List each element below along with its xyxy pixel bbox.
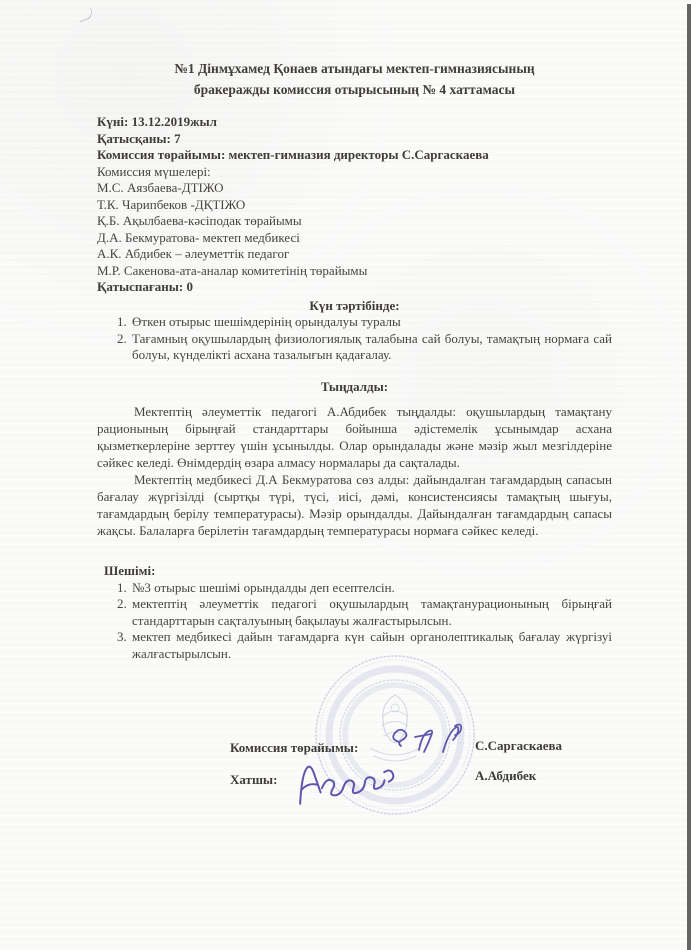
heard-section: Тыңдалды: Мектептің әлеуметтік педагогі … xyxy=(97,379,612,540)
agenda-list: Өткен отырыс шешімдерінің орындалуы тура… xyxy=(97,314,612,364)
signature-area: Комиссия төрайымы: С.Саргаскаева Хатшы: … xyxy=(97,672,612,902)
title-line-2: бракеражды комиссия отырысының № 4 хатта… xyxy=(97,79,612,100)
chair-name: С.Саргаскаева xyxy=(475,738,562,755)
heard-paragraph: Мектептің медбикесі Д.А Бекмуратова сөз … xyxy=(97,471,612,539)
member-item: Т.К. Чарипбеков -ДҚТІЖО xyxy=(97,197,612,214)
agenda-item: Өткен отырыс шешімдерінің орындалуы тура… xyxy=(130,314,612,331)
document-title: №1 Дінмұхамед Қонаев атындағы мектеп-гим… xyxy=(97,58,612,100)
scanned-document-page: №1 Дінмұхамед Қонаев атындағы мектеп-гим… xyxy=(0,0,691,950)
member-item: А.К. Абдибек – әлеуметтік педагог xyxy=(97,246,612,263)
stray-pen-mark xyxy=(77,8,94,22)
title-line-1: №1 Дінмұхамед Қонаев атындағы мектеп-гим… xyxy=(97,58,612,79)
member-item: М.Р. Сакенова-ата-аналар комитетінің төр… xyxy=(97,263,612,280)
commission-chair: Комиссия төрайымы: мектеп-гимназия дирек… xyxy=(97,147,612,164)
absent-count: Қатыспағаны: 0 xyxy=(97,279,612,296)
member-item: Д.А. Бекмуратова- мектеп медбикесі xyxy=(97,230,612,247)
decision-item: мектептің әлеуметтік педагогі оқушыларды… xyxy=(130,596,612,629)
members-label: Комиссия мүшелері: xyxy=(97,164,612,181)
scan-border-artifact xyxy=(687,4,691,950)
attended-count: Қатысқаны: 7 xyxy=(97,131,612,148)
agenda-item: Тағамның оқушылардың физиологиялық талаб… xyxy=(130,331,612,364)
agenda-heading: Күн тәртібінде: xyxy=(97,298,612,315)
agenda-section: Күн тәртібінде: Өткен отырыс шешімдеріні… xyxy=(97,298,612,364)
secretary-signature-label: Хатшы: xyxy=(230,772,277,789)
decision-heading: Шешімі: xyxy=(104,563,612,580)
decision-section: Шешімі: №3 отырыс шешімі орындалды деп е… xyxy=(97,563,612,662)
heard-heading: Тыңдалды: xyxy=(97,379,612,396)
member-item: М.С. Аязбаева-ДТІЖО xyxy=(97,180,612,197)
decision-item: №3 отырыс шешімі орындалды деп есептелсі… xyxy=(130,580,612,597)
meeting-date: Күні: 13.12.2019жыл xyxy=(97,114,612,131)
meta-block: Күні: 13.12.2019жыл Қатысқаны: 7 Комисси… xyxy=(97,114,612,296)
heard-body: Мектептің әлеуметтік педагогі А.Абдибек … xyxy=(97,403,612,539)
secretary-name: А.Абдибек xyxy=(475,768,536,785)
heard-paragraph: Мектептің әлеуметтік педагогі А.Абдибек … xyxy=(97,403,612,471)
member-item: Қ.Б. Ақылбаева-кәсіподак төрайымы xyxy=(97,213,612,230)
